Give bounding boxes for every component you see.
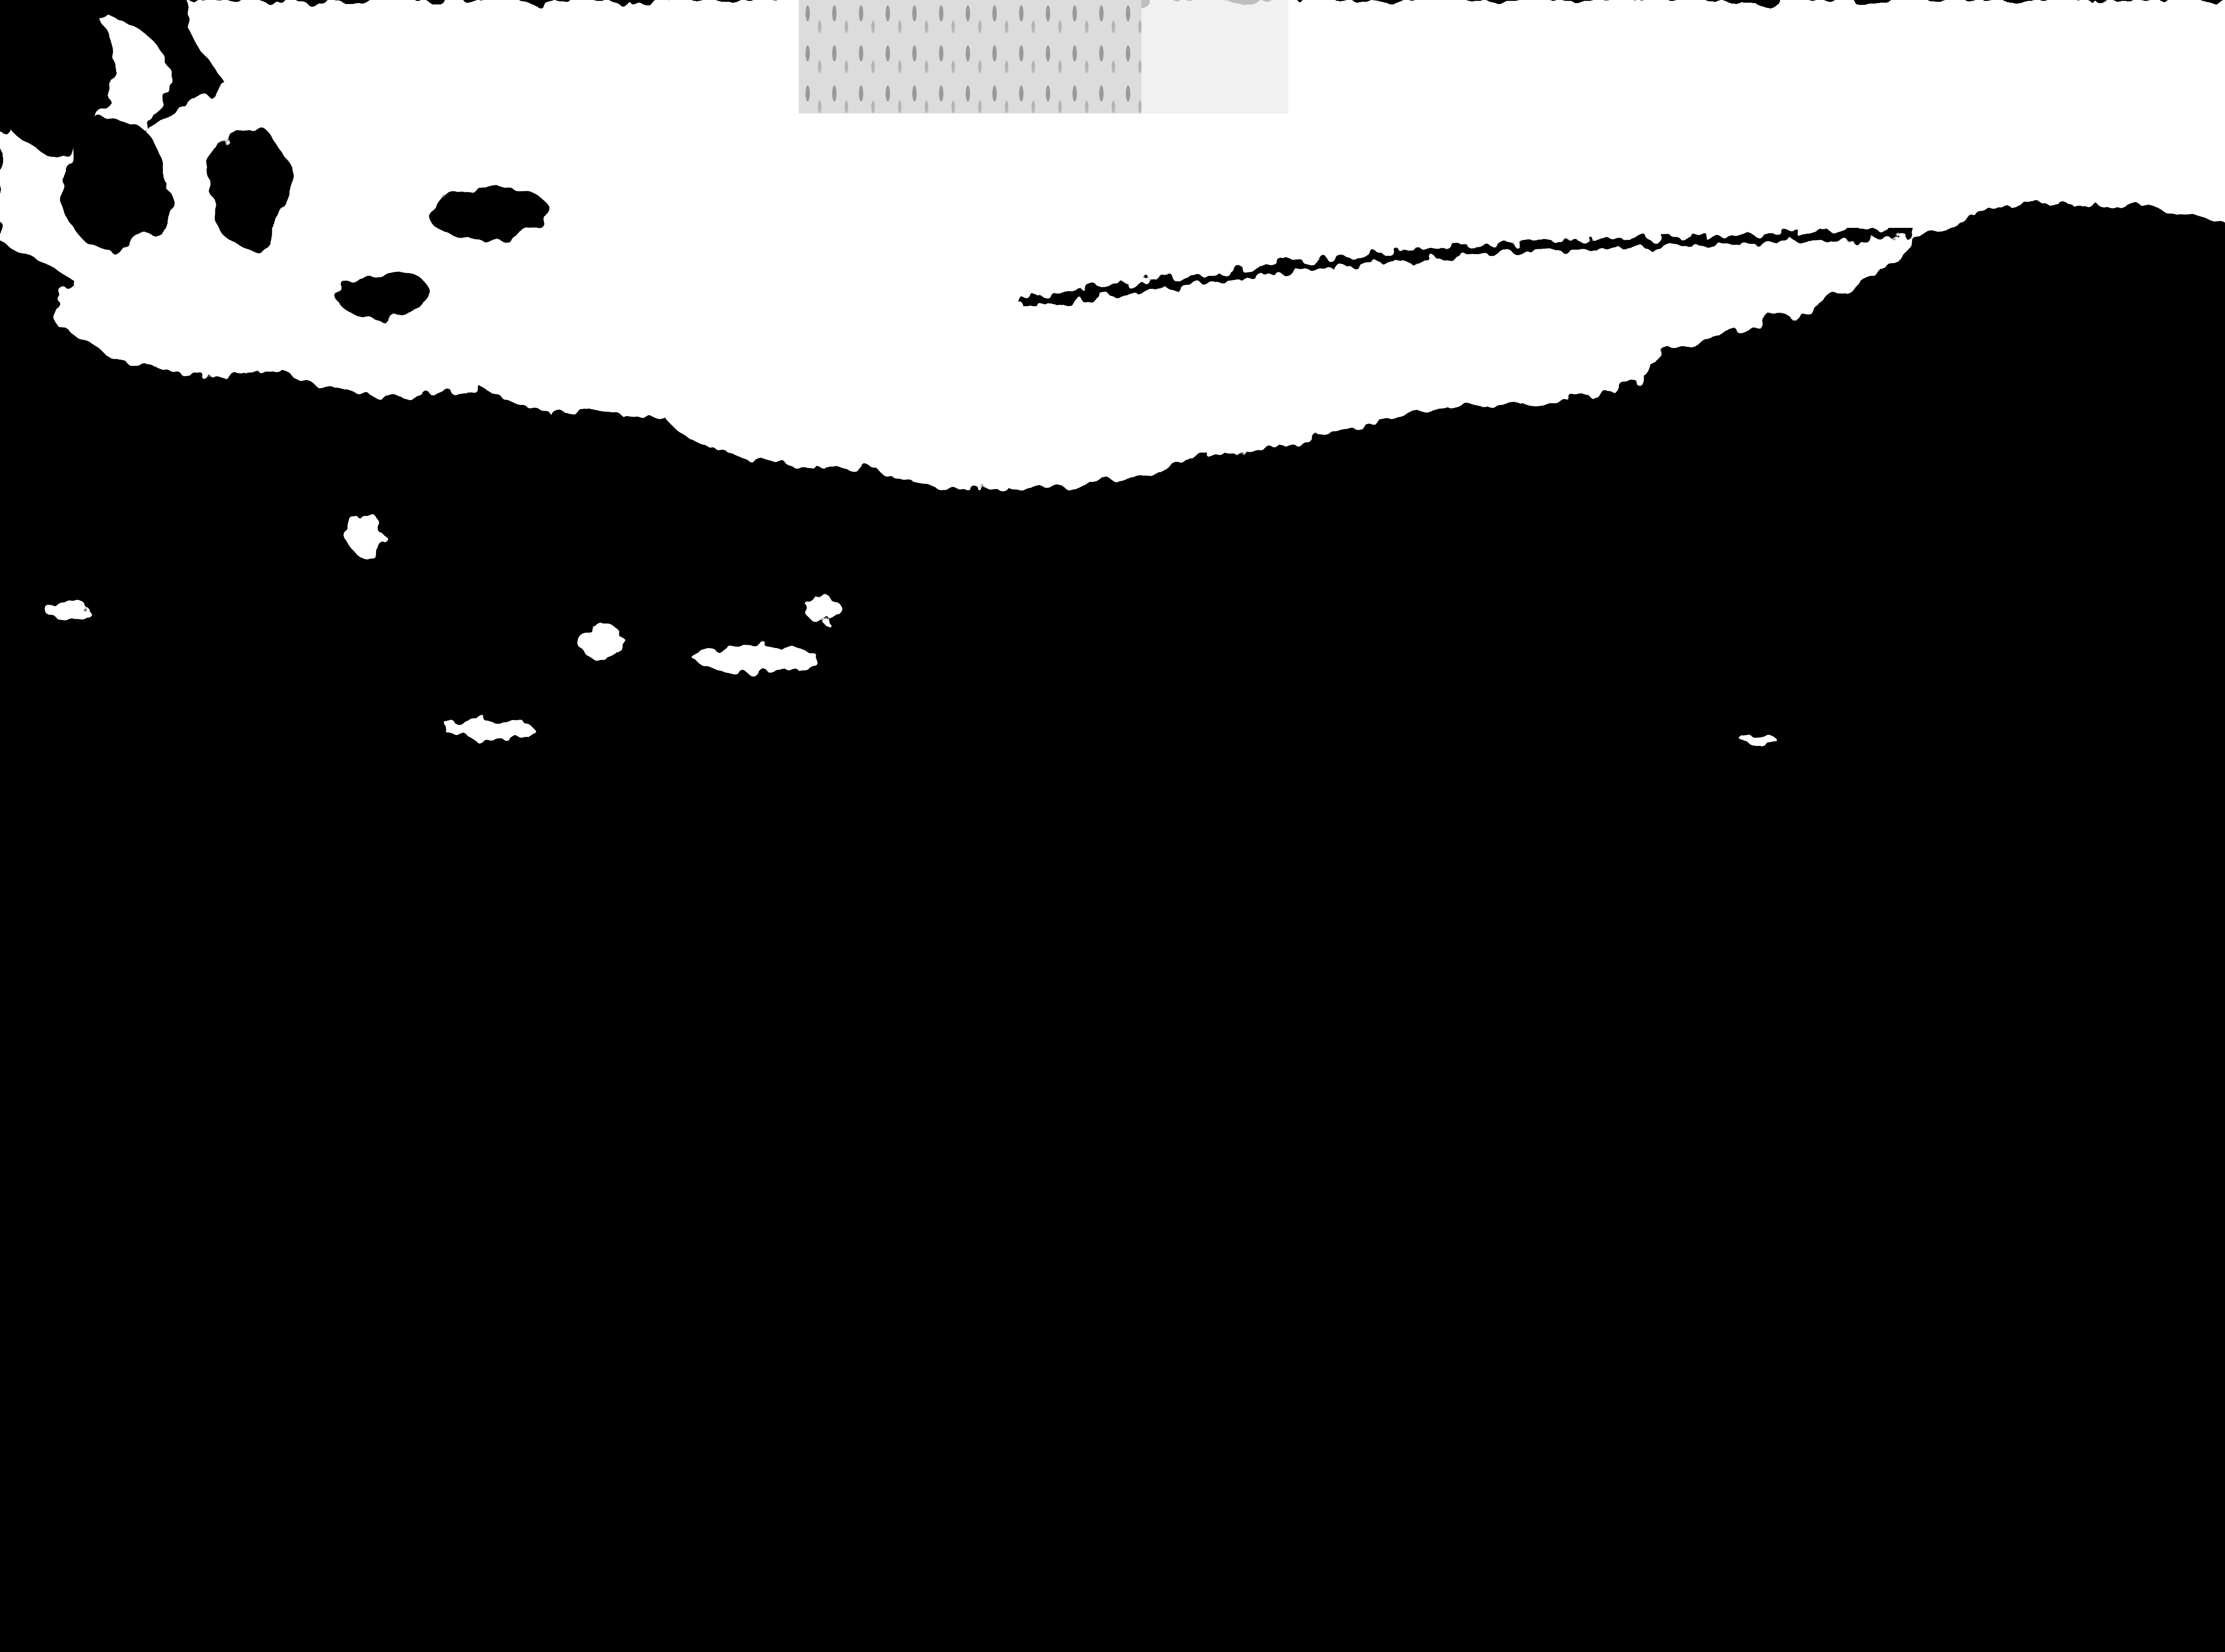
landscape-photo — [0, 0, 2225, 1652]
grey-patch — [799, 0, 1288, 113]
